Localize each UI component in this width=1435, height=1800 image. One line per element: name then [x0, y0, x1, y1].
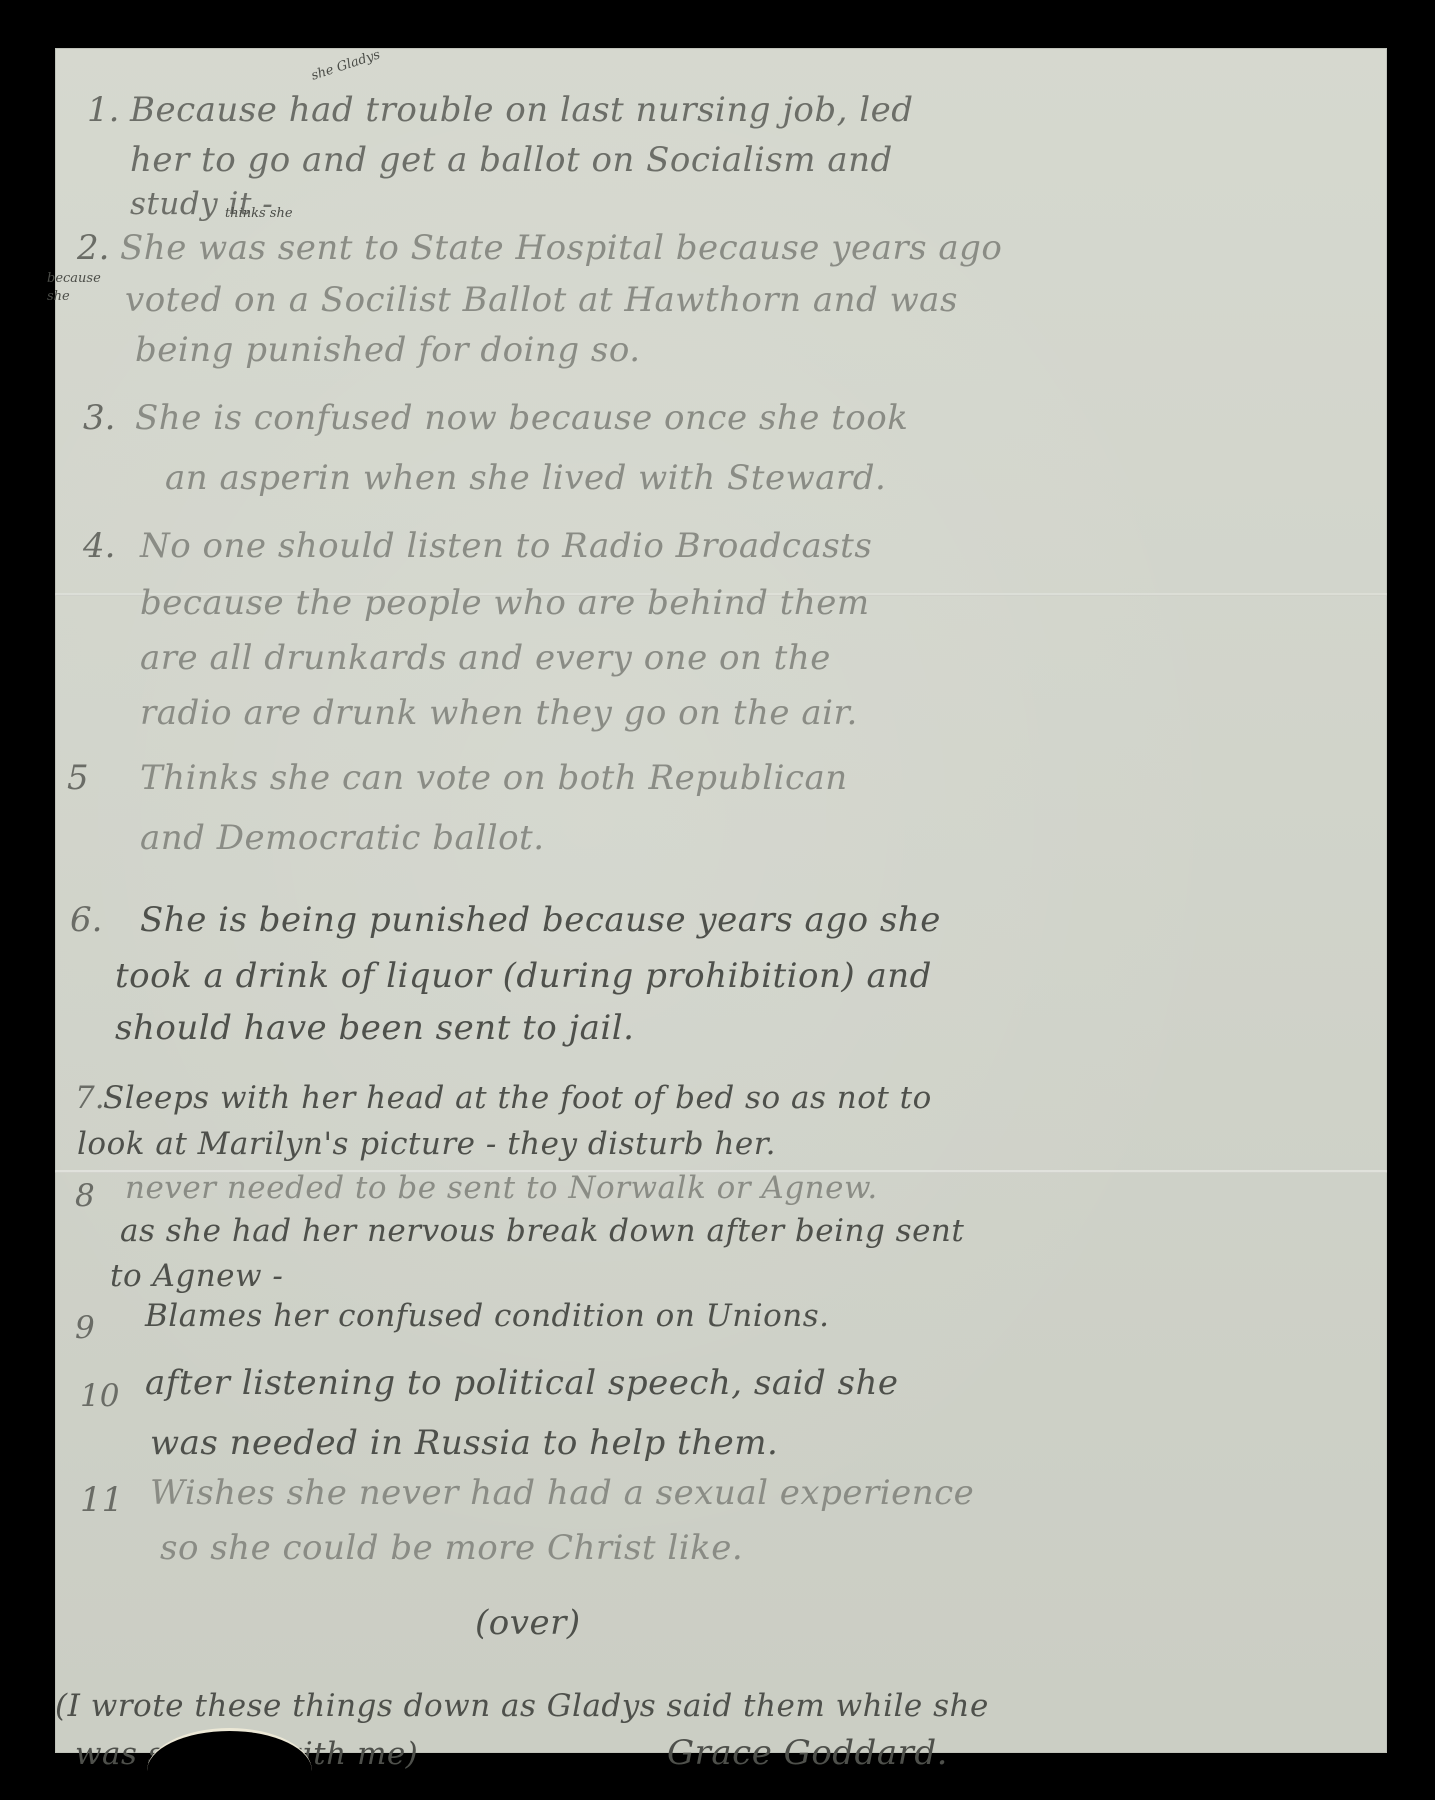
- item-number: 8: [75, 1178, 95, 1214]
- over-note: (over): [475, 1603, 581, 1643]
- item-6-line-1: She is being punished because years ago …: [140, 900, 941, 940]
- footer-note-line-1: (I wrote these things down as Gladys sai…: [55, 1688, 989, 1724]
- item-4-line-1: No one should listen to Radio Broadcasts: [140, 526, 872, 566]
- item-1-line-1: Because had trouble on last nursing job,…: [130, 90, 914, 130]
- item-number: 5: [67, 758, 89, 798]
- item-6-line-3: should have been sent to jail.: [115, 1008, 634, 1048]
- paper-sheet: she Gladys 1. Because had trouble on las…: [55, 48, 1387, 1753]
- item-number: 2.: [77, 228, 109, 268]
- torn-edge: [147, 1728, 312, 1771]
- item-2-line-1: She was sent to State Hospital because y…: [120, 228, 1002, 268]
- item-9-line-1: Blames her confused condition on Unions.: [145, 1298, 830, 1334]
- item-2-line-3: being punished for doing so.: [135, 330, 641, 370]
- item-8-line-1: never needed to be sent to Norwalk or Ag…: [125, 1170, 878, 1206]
- item-number: 11: [80, 1480, 123, 1520]
- margin-insertion: because she: [47, 270, 97, 306]
- item-5-line-2: and Democratic ballot.: [140, 818, 545, 858]
- handwritten-insertion: thinks she: [225, 206, 293, 221]
- item-1-line-2: her to go and get a ballot on Socialism …: [130, 140, 893, 180]
- handwritten-insertion: she Gladys: [309, 47, 382, 83]
- item-10-line-1: after listening to political speech, sai…: [145, 1363, 899, 1403]
- item-number: 4.: [83, 526, 115, 566]
- item-3-line-2: an asperin when she lived with Steward.: [165, 458, 886, 498]
- item-5-line-1: Thinks she can vote on both Republican: [140, 758, 848, 798]
- item-8-line-2: as she had her nervous break down after …: [120, 1213, 964, 1249]
- item-number: 3.: [83, 398, 115, 438]
- item-11-line-2: so she could be more Christ like.: [160, 1528, 743, 1568]
- item-2-line-2: voted on a Socilist Ballot at Hawthorn a…: [125, 280, 958, 320]
- item-number: 9: [75, 1310, 95, 1346]
- item-10-line-2: was needed in Russia to help them.: [150, 1423, 778, 1463]
- item-number: 6.: [70, 900, 102, 940]
- signature: Grace Goddard.: [667, 1733, 948, 1773]
- item-4-line-3: are all drunkards and every one on the: [140, 638, 831, 678]
- item-11-line-1: Wishes she never had had a sexual experi…: [150, 1473, 974, 1513]
- item-number: 10: [80, 1378, 119, 1414]
- item-7-line-1: Sleeps with her head at the foot of bed …: [103, 1080, 932, 1116]
- item-number: 1.: [87, 90, 119, 130]
- item-number: 7.: [75, 1080, 105, 1116]
- item-3-line-1: She is confused now because once she too…: [135, 398, 908, 438]
- item-7-line-2: look at Marilyn's picture - they disturb…: [77, 1126, 776, 1162]
- item-4-line-2: because the people who are behind them: [140, 583, 870, 623]
- item-4-line-4: radio are drunk when they go on the air.: [140, 693, 858, 733]
- item-8-line-3: to Agnew -: [110, 1258, 283, 1294]
- item-6-line-2: took a drink of liquor (during prohibiti…: [115, 956, 932, 996]
